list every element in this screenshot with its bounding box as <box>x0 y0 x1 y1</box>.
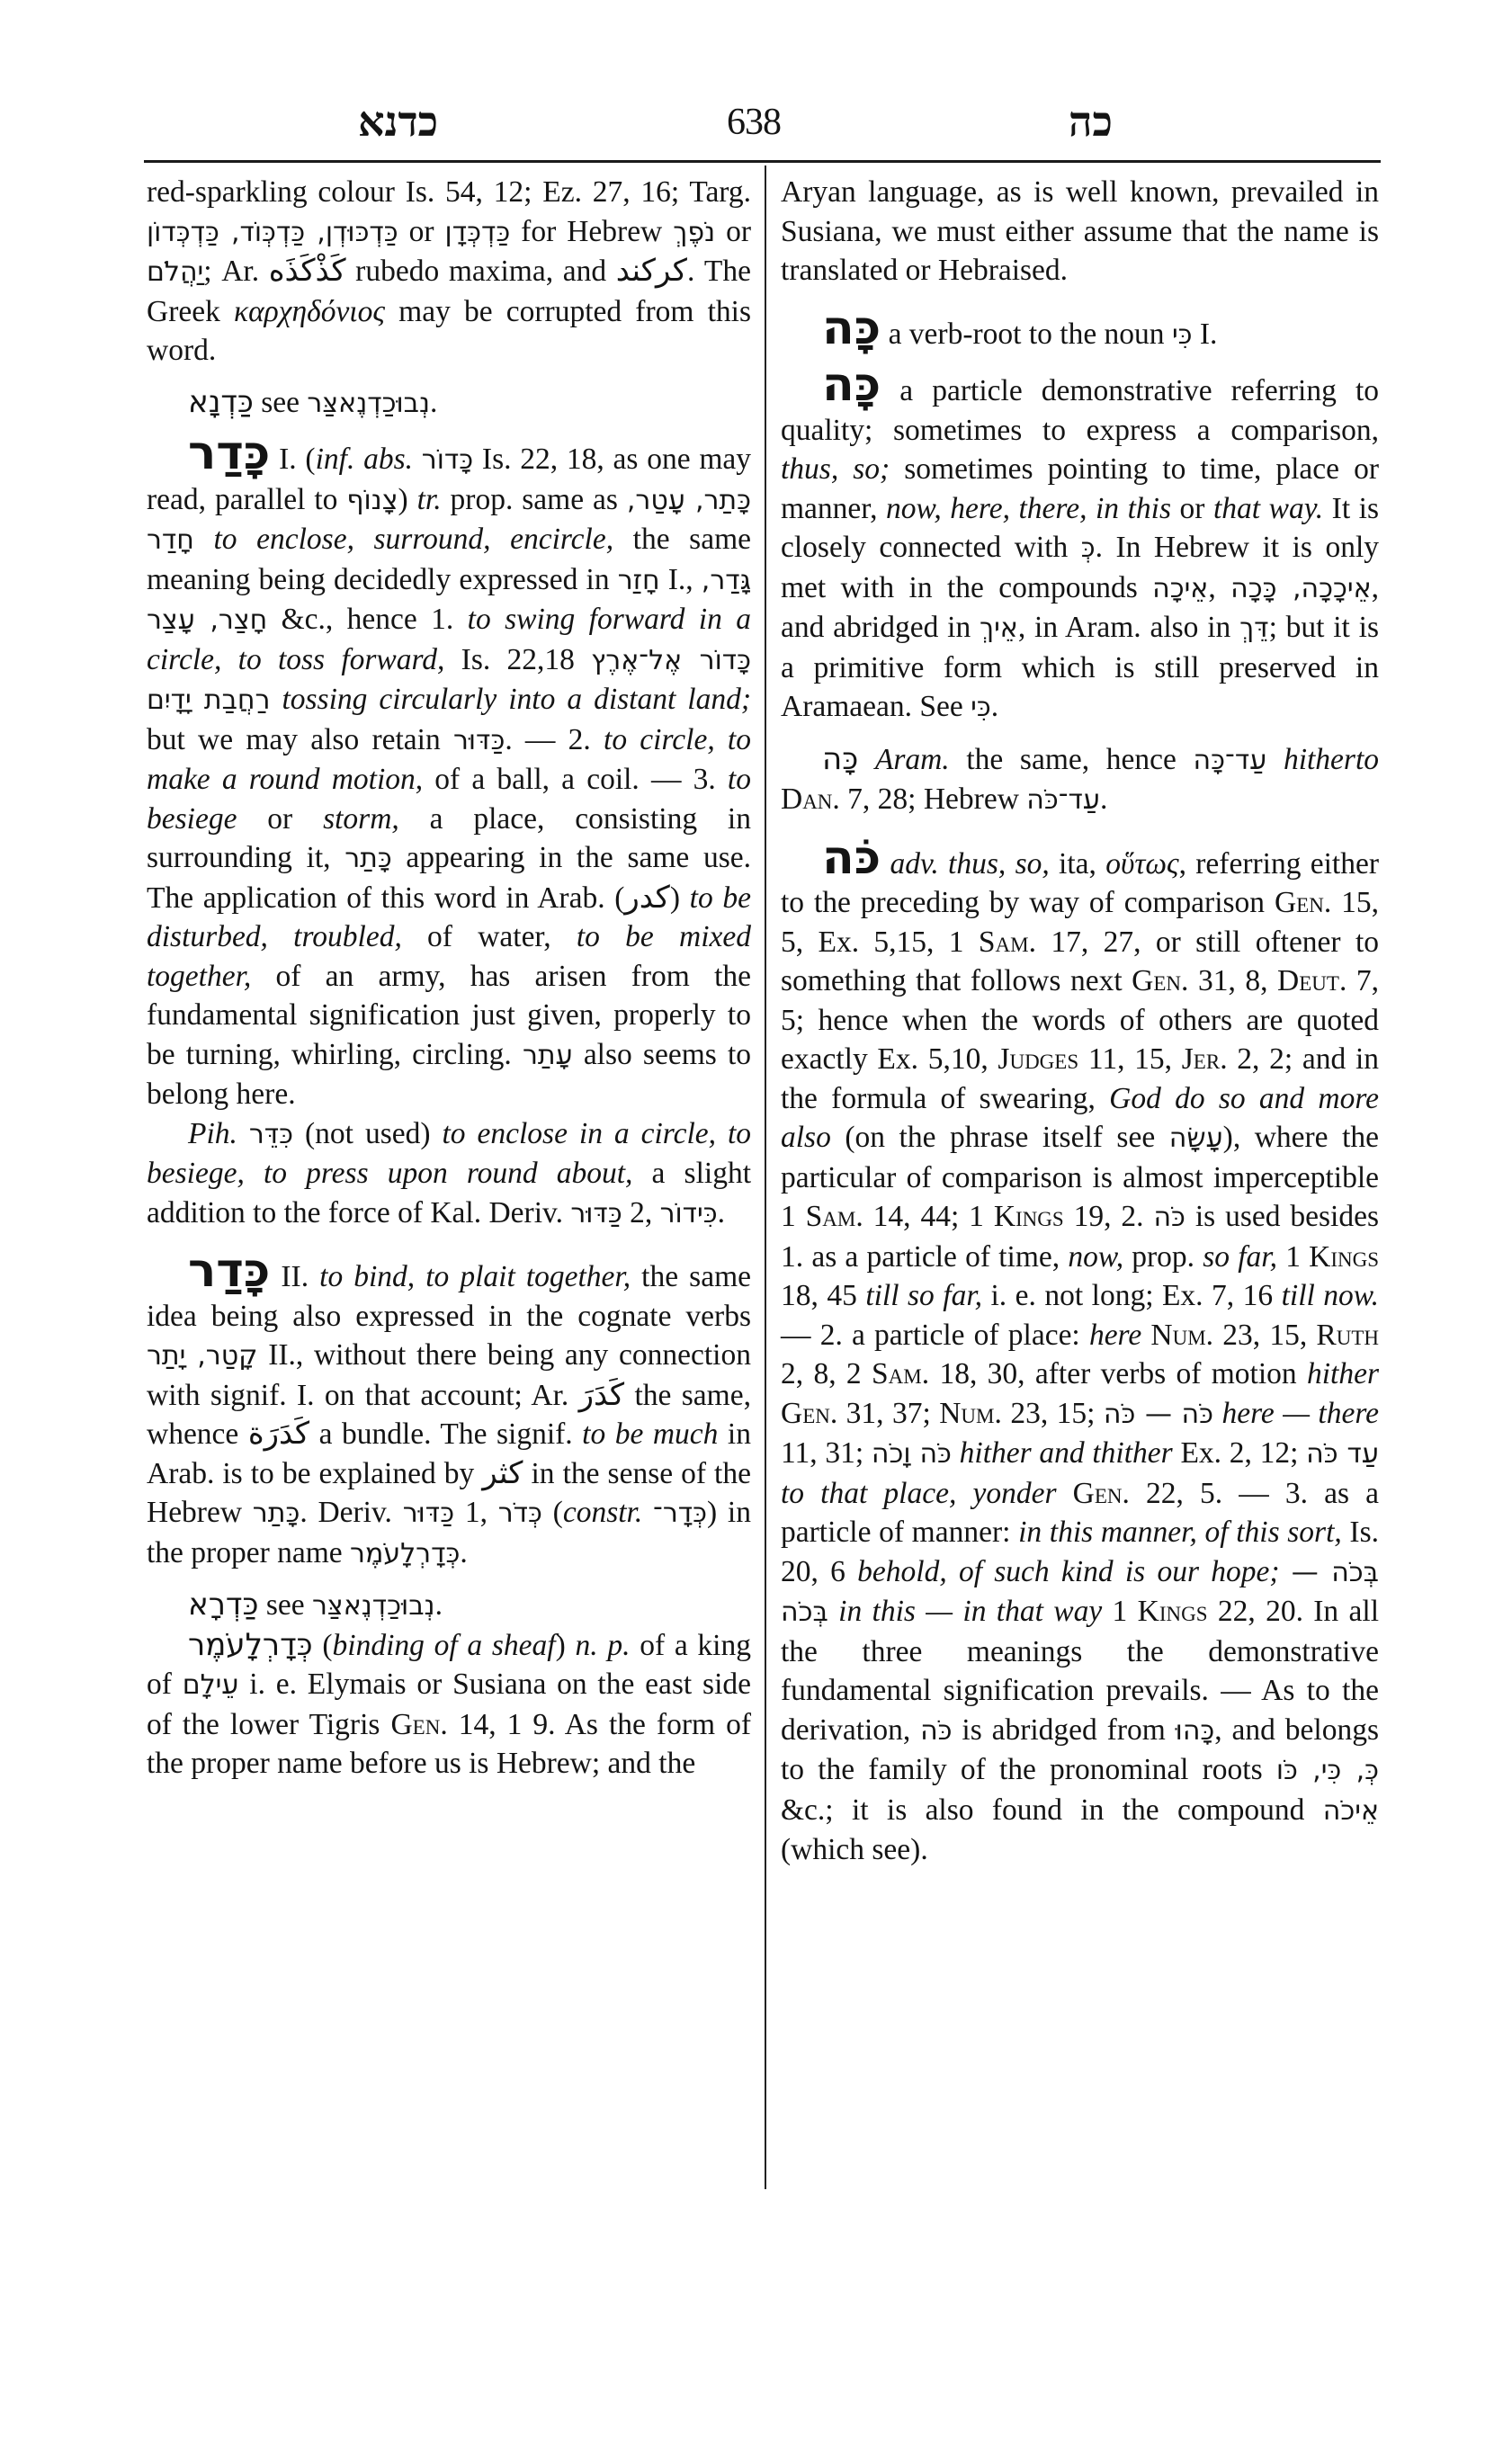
entry-koh-adverb: כֹּה adv. thus, so, ita, οὕτως, referrin… <box>781 840 1379 1870</box>
hebrew-term: אֵיכֹה <box>1323 1795 1379 1827</box>
hebrew-term: אֵיךְ <box>980 612 1018 644</box>
header-rule <box>144 160 1381 163</box>
arabic-term: كَذْكَذَه <box>269 253 346 289</box>
left-column: red-sparkling colour Is. 54, 12; Ez. 27,… <box>147 173 751 1784</box>
hebrew-term: כְּדָר־ <box>653 1498 707 1529</box>
headword: כֹּה <box>822 831 881 885</box>
hebrew-term: כְּדָרְלָעֹמֶר <box>350 1538 460 1569</box>
entry-kah-verb-root: כָּה a verb-root to the noun כִּי I. <box>781 310 1379 355</box>
hebrew-term: אֵיכָכָה, כָּכָה <box>1230 573 1372 604</box>
right-column: Aryan language, as is well known, prevai… <box>781 173 1379 1870</box>
page-number: 638 <box>727 101 781 144</box>
hebrew-term: עַד כֹּה <box>1306 1438 1379 1470</box>
headword: כַּדְנָא <box>188 384 254 420</box>
hebrew-term: כָּתַר <box>253 1498 300 1529</box>
hebrew-term: עַד־כָּה <box>1194 745 1267 776</box>
hebrew-term: כְּ <box>1081 532 1096 564</box>
entry-continuation: red-sparkling colour Is. 54, 12; Ez. 27,… <box>147 173 751 371</box>
hebrew-term: כִּי <box>1172 319 1193 351</box>
entry-kadar-2: כָּדַר II. to bind, to plait together, t… <box>147 1253 751 1573</box>
headword: כְּדָרְלָעֹמֶר <box>188 1627 313 1663</box>
entry-kadar-1: כָּדַר I. (inf. abs. כָּדוֹר Is. 22, 18,… <box>147 435 751 1114</box>
hebrew-term: כָּדוֹר <box>422 444 473 476</box>
hebrew-term: כִּידוֹר <box>660 1198 718 1229</box>
hebrew-term: כָּהוּ <box>1176 1715 1215 1747</box>
arabic-term: كثر <box>482 1455 523 1491</box>
hebrew-term: צָנוֹף <box>346 485 398 516</box>
arabic-term: كَدَرَ <box>579 1377 624 1413</box>
right-catchword: כה <box>1069 97 1113 146</box>
hebrew-term: כַּדְכּוּדְן, כַּדְכְּוֹד, כַּדְכְּדוֹן <box>147 217 398 248</box>
arabic-term: كَدَرَة <box>248 1416 309 1452</box>
hebrew-term: עָתַר <box>523 1040 573 1071</box>
headword: כָּה <box>822 741 858 777</box>
headword: כָּה <box>822 301 881 355</box>
hebrew-term: קָטַר, יָתַר <box>147 1340 257 1372</box>
hebrew-term: נְבוּכַדְנֶאצַּר <box>312 1590 435 1622</box>
entry-kadra: כַּדְרָא see נְבוּכַדְנֶאצַּר. <box>147 1586 751 1626</box>
entry-kah-aramaic: כָּה Aram. the same, hence עַד־כָּה hith… <box>781 740 1379 820</box>
headword: כַּדְרָא <box>188 1587 258 1623</box>
entry-kah-particle: כָּה a particle demonstrative referring … <box>781 367 1379 728</box>
left-catchword: כדנא <box>358 97 438 146</box>
hebrew-term: כְּ, כִּי, כֹּו <box>1276 1755 1379 1786</box>
running-header: כדנא 638 כה <box>151 90 1383 153</box>
hebrew-term: נֹפֶךְ <box>673 217 715 248</box>
hebrew-term: עַד־כֹּה <box>1026 784 1100 816</box>
entry-kedorlaomer: כְּדָרְלָעֹמֶר (binding of a sheaf) n. p… <box>147 1626 751 1784</box>
hebrew-term: כֹּה — כֹּה <box>1104 1399 1213 1430</box>
hebrew-term: כְּדֹר <box>498 1498 542 1529</box>
hebrew-term: כַּדּוּר <box>453 725 505 756</box>
hebrew-term: יַהֲלֹם <box>147 256 203 288</box>
greek-term: καρχηδόνιος <box>234 295 385 328</box>
hebrew-term: כָּתַר <box>344 843 392 874</box>
hebrew-term: כֹּה <box>1153 1202 1185 1233</box>
entry-kadar-piel: Pih. כִּדֵּר (not used) to enclose in a … <box>147 1114 751 1234</box>
hebrew-term: כַּדּוּר <box>403 1498 454 1529</box>
hebrew-term: כֹּה <box>920 1715 952 1747</box>
hebrew-term: כַּדּוּר <box>570 1198 622 1229</box>
headword: כָּה <box>822 358 881 412</box>
arabic-term: كدر <box>624 880 669 916</box>
hebrew-term: כַּדְכְּדָן <box>445 217 511 248</box>
hebrew-term: חָזַר <box>618 565 660 596</box>
column-divider <box>765 165 766 2189</box>
hebrew-term: נְבוּכַדְנֶאצַּר <box>307 388 430 419</box>
hebrew-term: דֵּךְ <box>1239 612 1269 644</box>
hebrew-term: כֹּה וָכֹה <box>872 1438 952 1470</box>
hebrew-term: עָשָׂה <box>1169 1122 1223 1154</box>
hebrew-term: אֵיכָה <box>1152 573 1208 604</box>
headword: כָּדַר <box>188 426 270 480</box>
headword: כָּדַר <box>188 1244 270 1298</box>
hebrew-term: כִּי <box>971 692 991 723</box>
hebrew-term: עֵילָם <box>183 1669 239 1701</box>
greek-term: οὕτως <box>1105 847 1178 881</box>
entry-continuation: Aryan language, as is well known, prevai… <box>781 173 1379 291</box>
arabic-term: كركند <box>616 253 687 289</box>
hebrew-term: כִּדֵּר <box>249 1119 293 1150</box>
entry-kadna: כַּדְנָא see נְבוּכַדְנֶאצַּר. <box>147 383 751 424</box>
